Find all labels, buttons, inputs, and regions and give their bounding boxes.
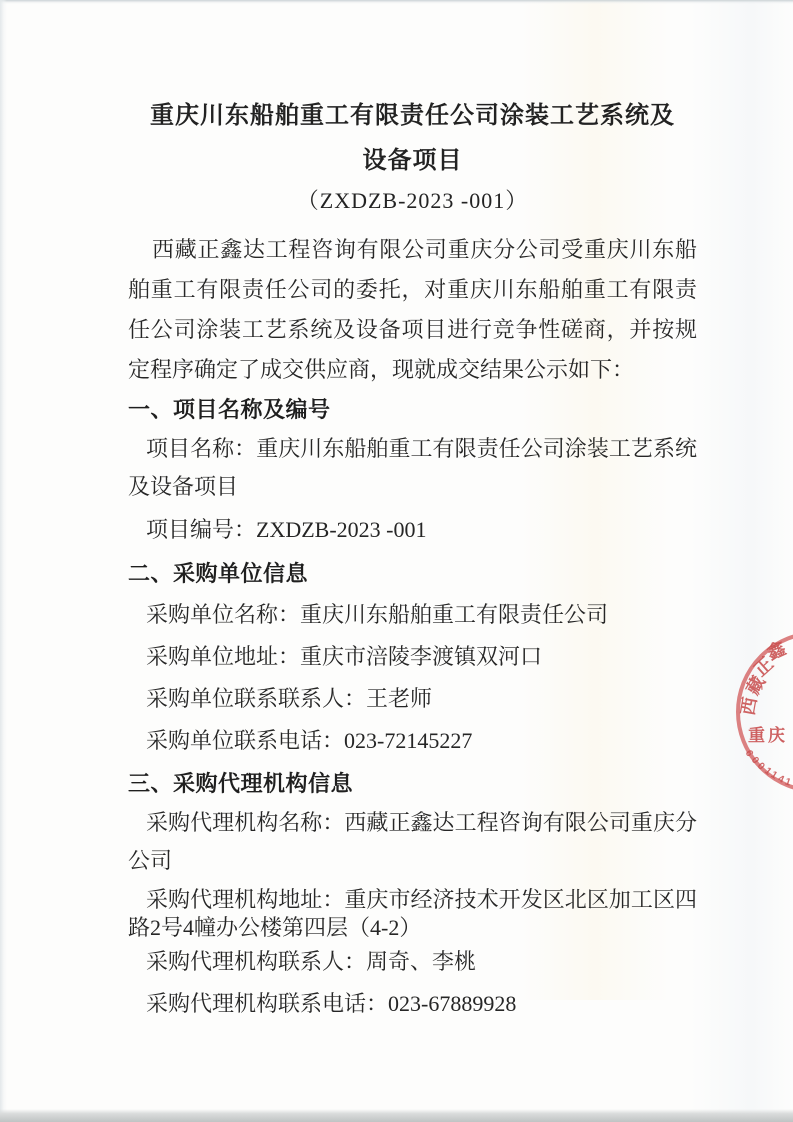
- intro-paragraph: 西藏正鑫达工程咨询有限公司重庆分公司受重庆川东船舶重工有限责任公司的委托，对重庆…: [128, 230, 697, 390]
- purchaser-contact-line: 采购单位联系联系人：王老师: [128, 678, 697, 720]
- section-heading-agency: 三、采购代理机构信息: [128, 764, 697, 804]
- agency-name-line: 采购代理机构名称：西藏正鑫达工程咨询有限公司重庆分公司: [128, 804, 697, 880]
- project-code-line: （ZXDZB-2023 -001）: [128, 184, 697, 218]
- seal-arc-char: 正: [748, 650, 779, 681]
- scan-edge-bottom: [0, 1109, 793, 1122]
- seal-serial-digit: 0: [755, 761, 767, 773]
- section-heading-project: 一、项目名称及编号: [128, 390, 697, 430]
- scan-edge-left: [0, 0, 7, 1122]
- seal-serial-digit: 1: [769, 769, 780, 781]
- seal-serial-digit: 4: [776, 773, 786, 785]
- seal-horizontal-text: 重庆: [748, 721, 788, 746]
- purchaser-address-line: 采购单位地址：重庆市涪陵李渡镇双河口: [128, 636, 697, 678]
- seal-ring: [736, 631, 793, 793]
- seal-serial-digit: 6: [743, 748, 755, 758]
- purchaser-phone-line: 采购单位联系电话：023-72145227: [128, 720, 697, 762]
- agency-address-line: 采购代理机构地址：重庆市经济技术开发区北区加工区四路2号4幢办公楼第四层（4-2…: [128, 886, 697, 942]
- seal-serial-digit: 0: [749, 755, 761, 766]
- document-title: 重庆川东船舶重工有限责任公司涂装工艺系统及设备项目: [143, 94, 683, 184]
- project-name-line: 项目名称：重庆川东船舶重工有限责任公司涂装工艺系统及设备项目: [128, 430, 697, 506]
- section-heading-purchaser: 二、采购单位信息: [128, 554, 697, 594]
- document-body: 重庆川东船舶重工有限责任公司涂装工艺系统及设备项目 （ZXDZB-2023 -0…: [128, 94, 697, 1024]
- agency-contact-line: 采购代理机构联系人：周奇、李桃: [128, 942, 697, 982]
- seal-arc-char: 鑫: [762, 634, 789, 665]
- seal-serial-digit: 1: [762, 765, 773, 777]
- scan-edge-top: [0, 0, 793, 4]
- project-number-line: 项目编号：ZXDZB-2023 -001: [128, 510, 697, 550]
- seal-arc-char: 西: [734, 695, 763, 717]
- seal-serial-digit: 1: [783, 776, 792, 788]
- seal-arc-char: 藏: [739, 671, 771, 700]
- scan-tint-band: [690, 0, 793, 1122]
- scanned-document-page: 重庆川东船舶重工有限责任公司涂装工艺系统及设备项目 （ZXDZB-2023 -0…: [0, 0, 793, 1122]
- agency-phone-line: 采购代理机构联系电话：023-67889928: [128, 984, 697, 1024]
- purchaser-name-line: 采购单位名称：重庆川东船舶重工有限责任公司: [128, 594, 697, 636]
